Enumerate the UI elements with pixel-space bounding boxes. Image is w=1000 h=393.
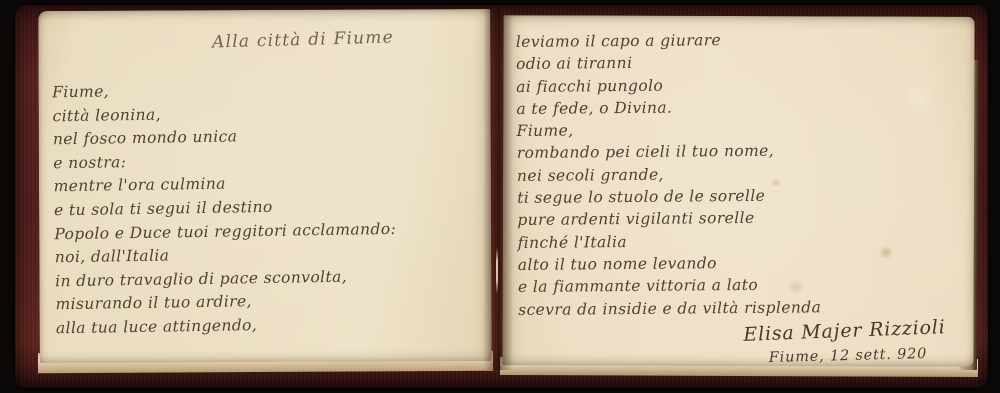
album-photo: Alla città di Fiume Fiume, città leonina…: [0, 0, 1000, 393]
gutter-shadow: [483, 8, 513, 370]
binding-thread: [496, 248, 498, 294]
poem-right-page: leviamo il capo a giurare odio ai tirann…: [516, 27, 969, 321]
poem-left-page: Fiume, città leonina, nel fosco mondo un…: [52, 75, 476, 341]
